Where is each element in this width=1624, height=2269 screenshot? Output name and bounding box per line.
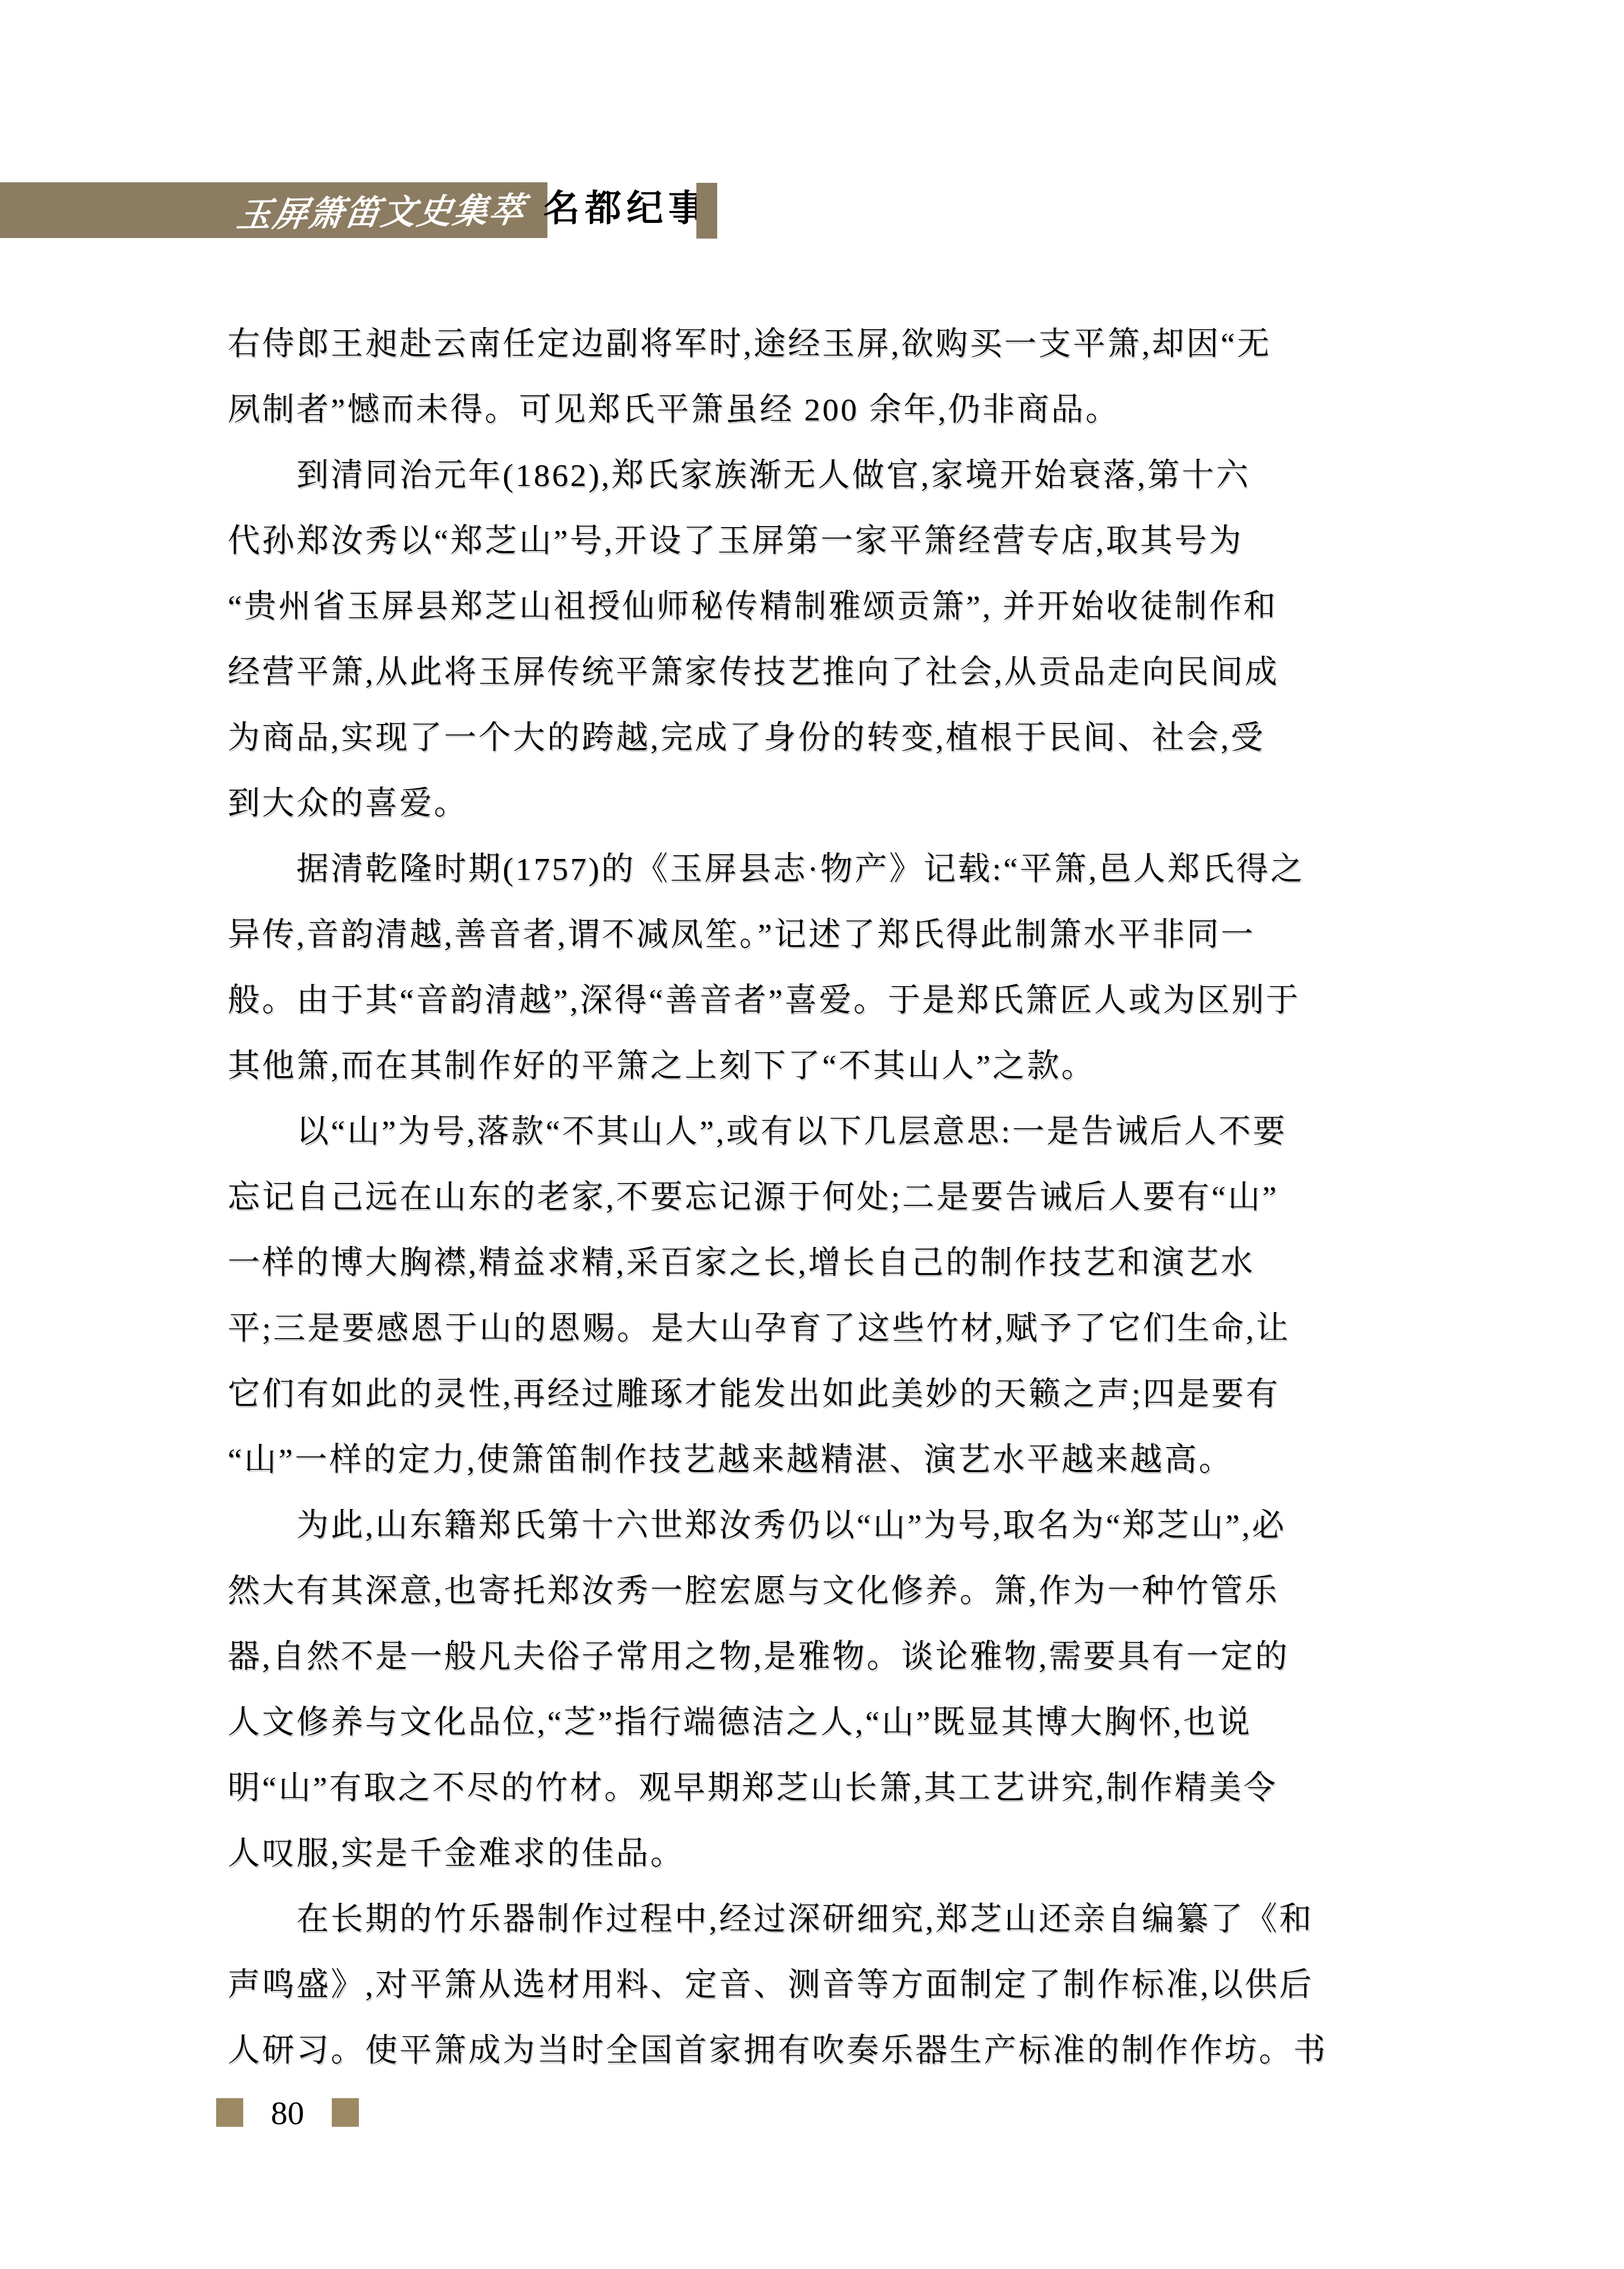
text-line: 以“山”为号,落款“不其山人”,或有以下几层意思:一是告诫后人不要: [228, 1099, 1379, 1165]
text-line: 为此,山东籍郑氏第十六世郑汝秀仍以“山”为号,取名为“郑芝山”,必: [228, 1493, 1379, 1559]
text-line: 它们有如此的灵性,再经过雕琢才能发出如此美妙的天籁之声;四是要有: [228, 1362, 1379, 1427]
footer-ornament-right: [332, 2098, 359, 2127]
text-line: 人叹服,实是千金难求的佳品。: [228, 1821, 1379, 1887]
text-line: 在长期的竹乐器制作过程中,经过深研细究,郑芝山还亲自编纂了《和: [228, 1887, 1379, 1952]
text-line: 据清乾隆时期(1757)的《玉屏县志·物产》记载:“平箫,邑人郑氏得之: [228, 837, 1379, 902]
text-line: 到大众的喜爱。: [228, 771, 1379, 837]
text-line: “贵州省玉屏县郑芝山祖授仙师秘传精制雅颂贡箫”, 并开始收徒制作和: [228, 574, 1379, 640]
header-ornament-bar: [696, 183, 717, 239]
text-line: 忘记自己远在山东的老家,不要忘记源于何处;二是要告诫后人要有“山”: [228, 1165, 1379, 1230]
book-page: 玉屏箫笛文史集萃 名都纪事 右侍郎王昶赴云南任定边副将军时,途经玉屏,欲购买一支…: [0, 0, 1624, 2269]
page-number: 80: [243, 2090, 332, 2137]
text-line: 到清同治元年(1862),郑氏家族渐无人做官,家境开始衰落,第十六: [228, 443, 1379, 508]
text-line: 人研习。使平箫成为当时全国首家拥有吹奏乐器生产标准的制作作坊。书: [228, 2018, 1379, 2084]
text-line: 器,自然不是一般凡夫俗子常用之物,是雅物。谈论雅物,需要具有一定的: [228, 1624, 1379, 1690]
text-line: 其他箫,而在其制作好的平箫之上刻下了“不其山人”之款。: [228, 1033, 1379, 1099]
text-line: 一样的博大胸襟,精益求精,采百家之长,增长自己的制作技艺和演艺水: [228, 1230, 1379, 1296]
text-line: 夙制者”憾而未得。可见郑氏平箫虽经 200 余年,仍非商品。: [228, 377, 1379, 443]
text-line: 声鸣盛》,对平箫从选材用料、定音、测音等方面制定了制作标准,以供后: [228, 1952, 1379, 2018]
text-line: 经营平箫,从此将玉屏传统平箫家传技艺推向了社会,从贡品走向民间成: [228, 640, 1379, 705]
text-line: 右侍郎王昶赴云南任定边副将军时,途经玉屏,欲购买一支平箫,却因“无: [228, 311, 1379, 377]
footer-ornament-left: [216, 2098, 243, 2127]
section-label: 名都纪事: [543, 182, 710, 238]
header-band: 玉屏箫笛文史集萃: [0, 182, 547, 238]
text-line: “山”一样的定力,使箫笛制作技艺越来越精湛、演艺水平越来越高。: [228, 1427, 1379, 1493]
text-line: 然大有其深意,也寄托郑汝秀一腔宏愿与文化修养。箫,作为一种竹管乐: [228, 1559, 1379, 1624]
text-line: 异传,音韵清越,善音者,谓不减凤笙。”记述了郑氏得此制箫水平非同一: [228, 902, 1379, 968]
body-text: 右侍郎王昶赴云南任定边副将军时,途经玉屏,欲购买一支平箫,却因“无夙制者”憾而未…: [228, 311, 1379, 2084]
banner-calligraphy-title: 玉屏箫笛文史集萃: [234, 182, 530, 236]
text-line: 代孙郑汝秀以“郑芝山”号,开设了玉屏第一家平箫经营专店,取其号为: [228, 508, 1379, 574]
text-line: 明“山”有取之不尽的竹材。观早期郑芝山长箫,其工艺讲究,制作精美令: [228, 1755, 1379, 1821]
text-line: 般。由于其“音韵清越”,深得“善音者”喜爱。于是郑氏箫匠人或为区别于: [228, 968, 1379, 1033]
text-line: 为商品,实现了一个大的跨越,完成了身份的转变,植根于民间、社会,受: [228, 705, 1379, 771]
text-line: 人文修养与文化品位,“芝”指行端德洁之人,“山”既显其博大胸怀,也说: [228, 1690, 1379, 1755]
text-line: 平;三是要感恩于山的恩赐。是大山孕育了这些竹材,赋予了它们生命,让: [228, 1296, 1379, 1362]
